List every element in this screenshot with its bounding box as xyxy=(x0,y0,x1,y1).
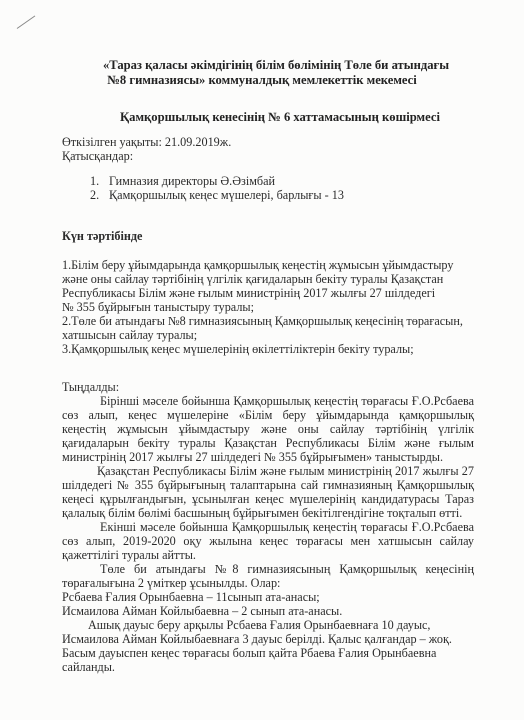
heard-line: Қазақстан Республикасы Білім және ғылым … xyxy=(97,464,474,478)
pen-mark xyxy=(17,15,36,28)
vote-line: Исмаилова Айман Койлыбаевнаға 3 дауыс бе… xyxy=(62,632,452,646)
agenda-line: № 355 бұйрығын таныстыру туралы; xyxy=(62,300,254,314)
participant-item: 2. Қамқоршылық кеңес мүшелері, барлығы -… xyxy=(90,188,344,202)
list-number: 2. xyxy=(90,188,106,202)
heard-label: Тыңдалды: xyxy=(62,380,119,394)
date-line: Өткізілген уақыты: 21.09.2019ж. xyxy=(62,135,231,149)
participant-item: 1. Гимназия директоры Ә.Әзімбай xyxy=(90,174,275,188)
heard-line: сөз алып, кеңес мүшелеріне «Білім беру ұ… xyxy=(62,408,474,422)
participants-label: Қатысқандар: xyxy=(62,149,133,163)
result-line: Басым дауыспен кеңес төрағасы болып қайт… xyxy=(62,646,436,660)
heard-line: Екінші мәселе бойынша Қамқоршылық кеңест… xyxy=(100,520,474,534)
org-header-line-2: №8 гимназиясы» коммуналдық мемлекеттік м… xyxy=(0,73,524,88)
agenda-line: хатшысын сайлау туралы; xyxy=(62,328,197,342)
candidate-line: Рсбаева Ғалия Орынбаевна – 11сынып ата-а… xyxy=(62,590,320,604)
agenda-line: 1.Білім беру ұйымдарында қамқоршылық кең… xyxy=(62,258,453,272)
vote-line: Ашық дауыс беру арқылы Рсбаева Ғалия Оры… xyxy=(88,618,430,632)
heard-line: қалалық білім бөлімі басшының бұйрығымен… xyxy=(62,506,462,520)
list-number: 1. xyxy=(90,174,106,188)
agenda-heading: Күн тәртібінде xyxy=(62,229,142,243)
heard-line: Бірінші мәселе бойынша Қамқоршылық кеңес… xyxy=(100,394,474,408)
scanned-document-page: «Тараз қаласы әкімдігінің білім бөліміні… xyxy=(0,0,524,720)
agenda-line: Республикасы Білім және ғылым министріні… xyxy=(62,286,435,300)
candidate-line: Исмаилова Айман Койлыбаевна – 2 сынып ат… xyxy=(62,604,342,618)
heard-line: Төле би атындағы №8 гимназиясының Қамқор… xyxy=(100,562,474,576)
agenda-line: және оны сайлау тәртібінің үлгілік қағид… xyxy=(62,272,443,286)
heard-line: министрінің 2017 жылғы 27 шілдедегі № 35… xyxy=(62,450,443,464)
agenda-line: 3.Қамқоршылық кеңес мүшелерінің өкілетті… xyxy=(62,342,414,356)
heard-line: кеңестің жұмысын ұйымдастыру және оны са… xyxy=(62,422,474,436)
heard-line: сөз алып, 2019-2020 оқу жылына кеңес төр… xyxy=(62,534,474,548)
participant-text: Қамқоршылық кеңес мүшелері, барлығы - 13 xyxy=(109,188,344,202)
org-header-line-1: «Тараз қаласы әкімдігінің білім бөліміні… xyxy=(14,58,524,73)
heard-line: қағидаларын бекіту туралы Қазақстан Респ… xyxy=(62,436,474,450)
agenda-line: 2.Төле би атындағы №8 гимназиясының Қамқ… xyxy=(62,314,463,328)
participant-text: Гимназия директоры Ә.Әзімбай xyxy=(109,174,275,188)
result-line: сайланды. xyxy=(62,660,115,674)
document-title: Қамқоршылық кенесінің № 6 хаттамасының к… xyxy=(18,110,524,125)
heard-line: шілдедегі № 355 бұйрығының талаптарына с… xyxy=(62,478,474,492)
heard-line: қажеттілігі туралы айтты. xyxy=(62,548,196,562)
heard-line: кеңесі құрылғандығын, ұсынылған кеңес мү… xyxy=(62,492,474,506)
heard-line: төрағалығына 2 үміткер ұсынылды. Олар: xyxy=(62,576,280,590)
